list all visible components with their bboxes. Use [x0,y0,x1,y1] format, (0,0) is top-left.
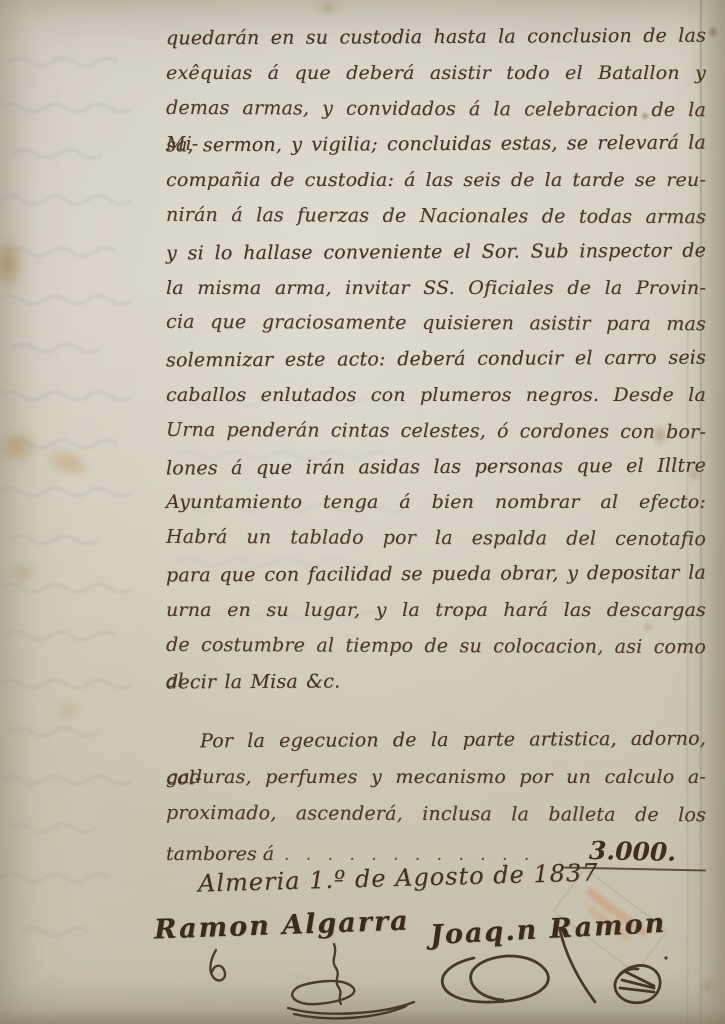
manuscript-line: decir la Misa &c. [166,663,706,702]
manuscript-line: urna en su lugar, y la tropa hará las de… [166,593,706,629]
manuscript-line: lones á que irán asidas las personas que… [166,448,706,487]
page-right-edge [703,0,725,1024]
manuscript-line: sa, sermon, y vigilia; concluidas estas,… [166,126,706,165]
paper-stain [52,698,84,722]
manuscript-line: de costumbre al tiempo de su colocacion,… [166,627,706,665]
manuscript-line: Ayuntamiento tenga á bien nombrar al efe… [166,485,706,521]
manuscript-line: la misma arma, invitar SS. Oficiales de … [166,271,706,307]
manuscript-line: Urna penderán cintas celestes, ó cordone… [166,413,706,451]
paper-stain [8,560,38,586]
manuscript-line: demas armas, y convidados á la celebraci… [166,90,706,128]
manuscript-line: compañia de custodia: á las seis de la t… [166,163,706,199]
manuscript-line: nirán á las fuerzas de Nacionales de tod… [166,198,706,236]
manuscript-line: Habrá un tablado por la espalda del ceno… [166,520,706,558]
manuscript-line: caballos enlutados con plumeros negros. … [166,378,706,414]
manuscript-line: y si lo hallase conveniente el Sor. Sub … [166,233,706,272]
manuscript-line: exêquias á que deberá asistir todo el Ba… [166,56,706,92]
signature-rubric-flourish [412,928,680,1024]
manuscript-line: proximado, ascenderá, inclusa la balleta… [166,795,706,834]
manuscript-line: para que con facilidad se pueda obrar, y… [166,556,706,595]
amount-prefix: tambores á [166,843,274,865]
manuscript-line: cia que graciosamente quisieren asistir … [166,305,706,343]
manuscript-line: quedarán en su custodia hasta la conclus… [166,19,706,58]
body-paragraph-1: quedarán en su custodia hasta la conclus… [166,20,706,700]
manuscript-line: Por la egecucion de la parte artistica, … [166,721,706,761]
body-paragraph-2: Por la egecucion de la parte artistica, … [166,722,706,879]
manuscript-line: gaduras, perfumes y mecanismo por un cal… [166,759,706,796]
manuscript-line: solemnizar este acto: deberá conducir el… [166,341,706,380]
paper-stain [318,0,338,15]
manuscript-page: quedarán en su custodia hasta la conclus… [0,0,725,1024]
signature-rubric-flourish [192,942,427,1020]
